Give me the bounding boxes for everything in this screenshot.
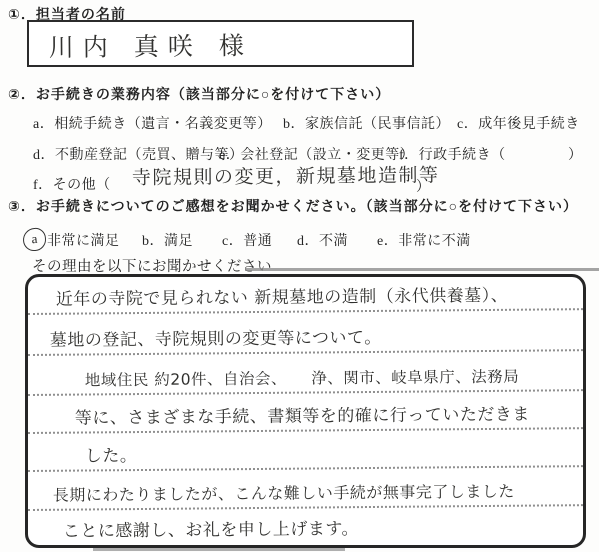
name-field-box: 川内 真咲 様 [27,20,414,67]
q3-option-c: c．普通 [222,230,272,250]
reason-line-1: 近年の寺院で見られない 新規墓地の造制（永代供養墓）、 [28,274,583,315]
selected-answer-circle: a [22,227,47,252]
reason-line-7: ことに感謝し、お礼を申し上げます。 [28,506,583,545]
q3-option-a-label: 非常に満足 [47,230,120,250]
q2-other-handwritten-value: 寺院規則の変更，新規墓地造制等 [132,160,440,190]
q2-option-b: b．家族信託（民事信託） [283,113,450,133]
reason-comment-box: 近年の寺院で見られない 新規墓地の造制（永代供養墓）、 墓地の登記、寺院規則の変… [25,274,586,548]
q2-option-f-other: f．その他（ [33,174,111,194]
name-handwritten-value: 川内 真咲 様 [49,26,253,64]
q2-option-c: c．成年後見手続き [457,113,580,133]
reason-line-6: 長期にわたりましたが、こんな難しい手続が無事完了しました [28,467,583,511]
reason-prompt: その理由を以下にお聞かせください [32,255,272,276]
q3-option-d: d．不満 [297,230,348,250]
q3-heading: ③．お手続きについてのご感想をお聞かせください。（該当部分に○を付けて下さい） [8,196,578,216]
q3-option-a-key: a [31,231,38,246]
q2-option-f-other-close: ） [416,176,431,196]
reason-line-4: 等に、さまざまな手続、書類等を的確に行っていただきま [28,391,583,434]
reason-line-5: した。 [28,429,583,471]
reason-line-3: 地域住民 約20件、自治会、 浄、関市、岐阜県庁、法務局 [28,351,583,396]
q2-heading: ②．お手続きの業務内容（該当部分に○を付けて下さい） [8,84,390,104]
q3-option-b: b．満足 [142,230,193,250]
q2-option-a: a．相続手続き（遺言・名義変更等） [33,113,272,133]
q3-option-e: e．非常に不満 [377,230,471,250]
reason-line-2: 墓地の登記、寺院規則の変更等について。 [28,310,583,356]
scan-artifact-rule [245,268,599,271]
scan-artifact-strip [93,548,345,551]
q2-option-d: d．不動産登記（売買、贈与等） [33,144,244,164]
q2-option-f-gyosei-close: ） [568,144,583,164]
